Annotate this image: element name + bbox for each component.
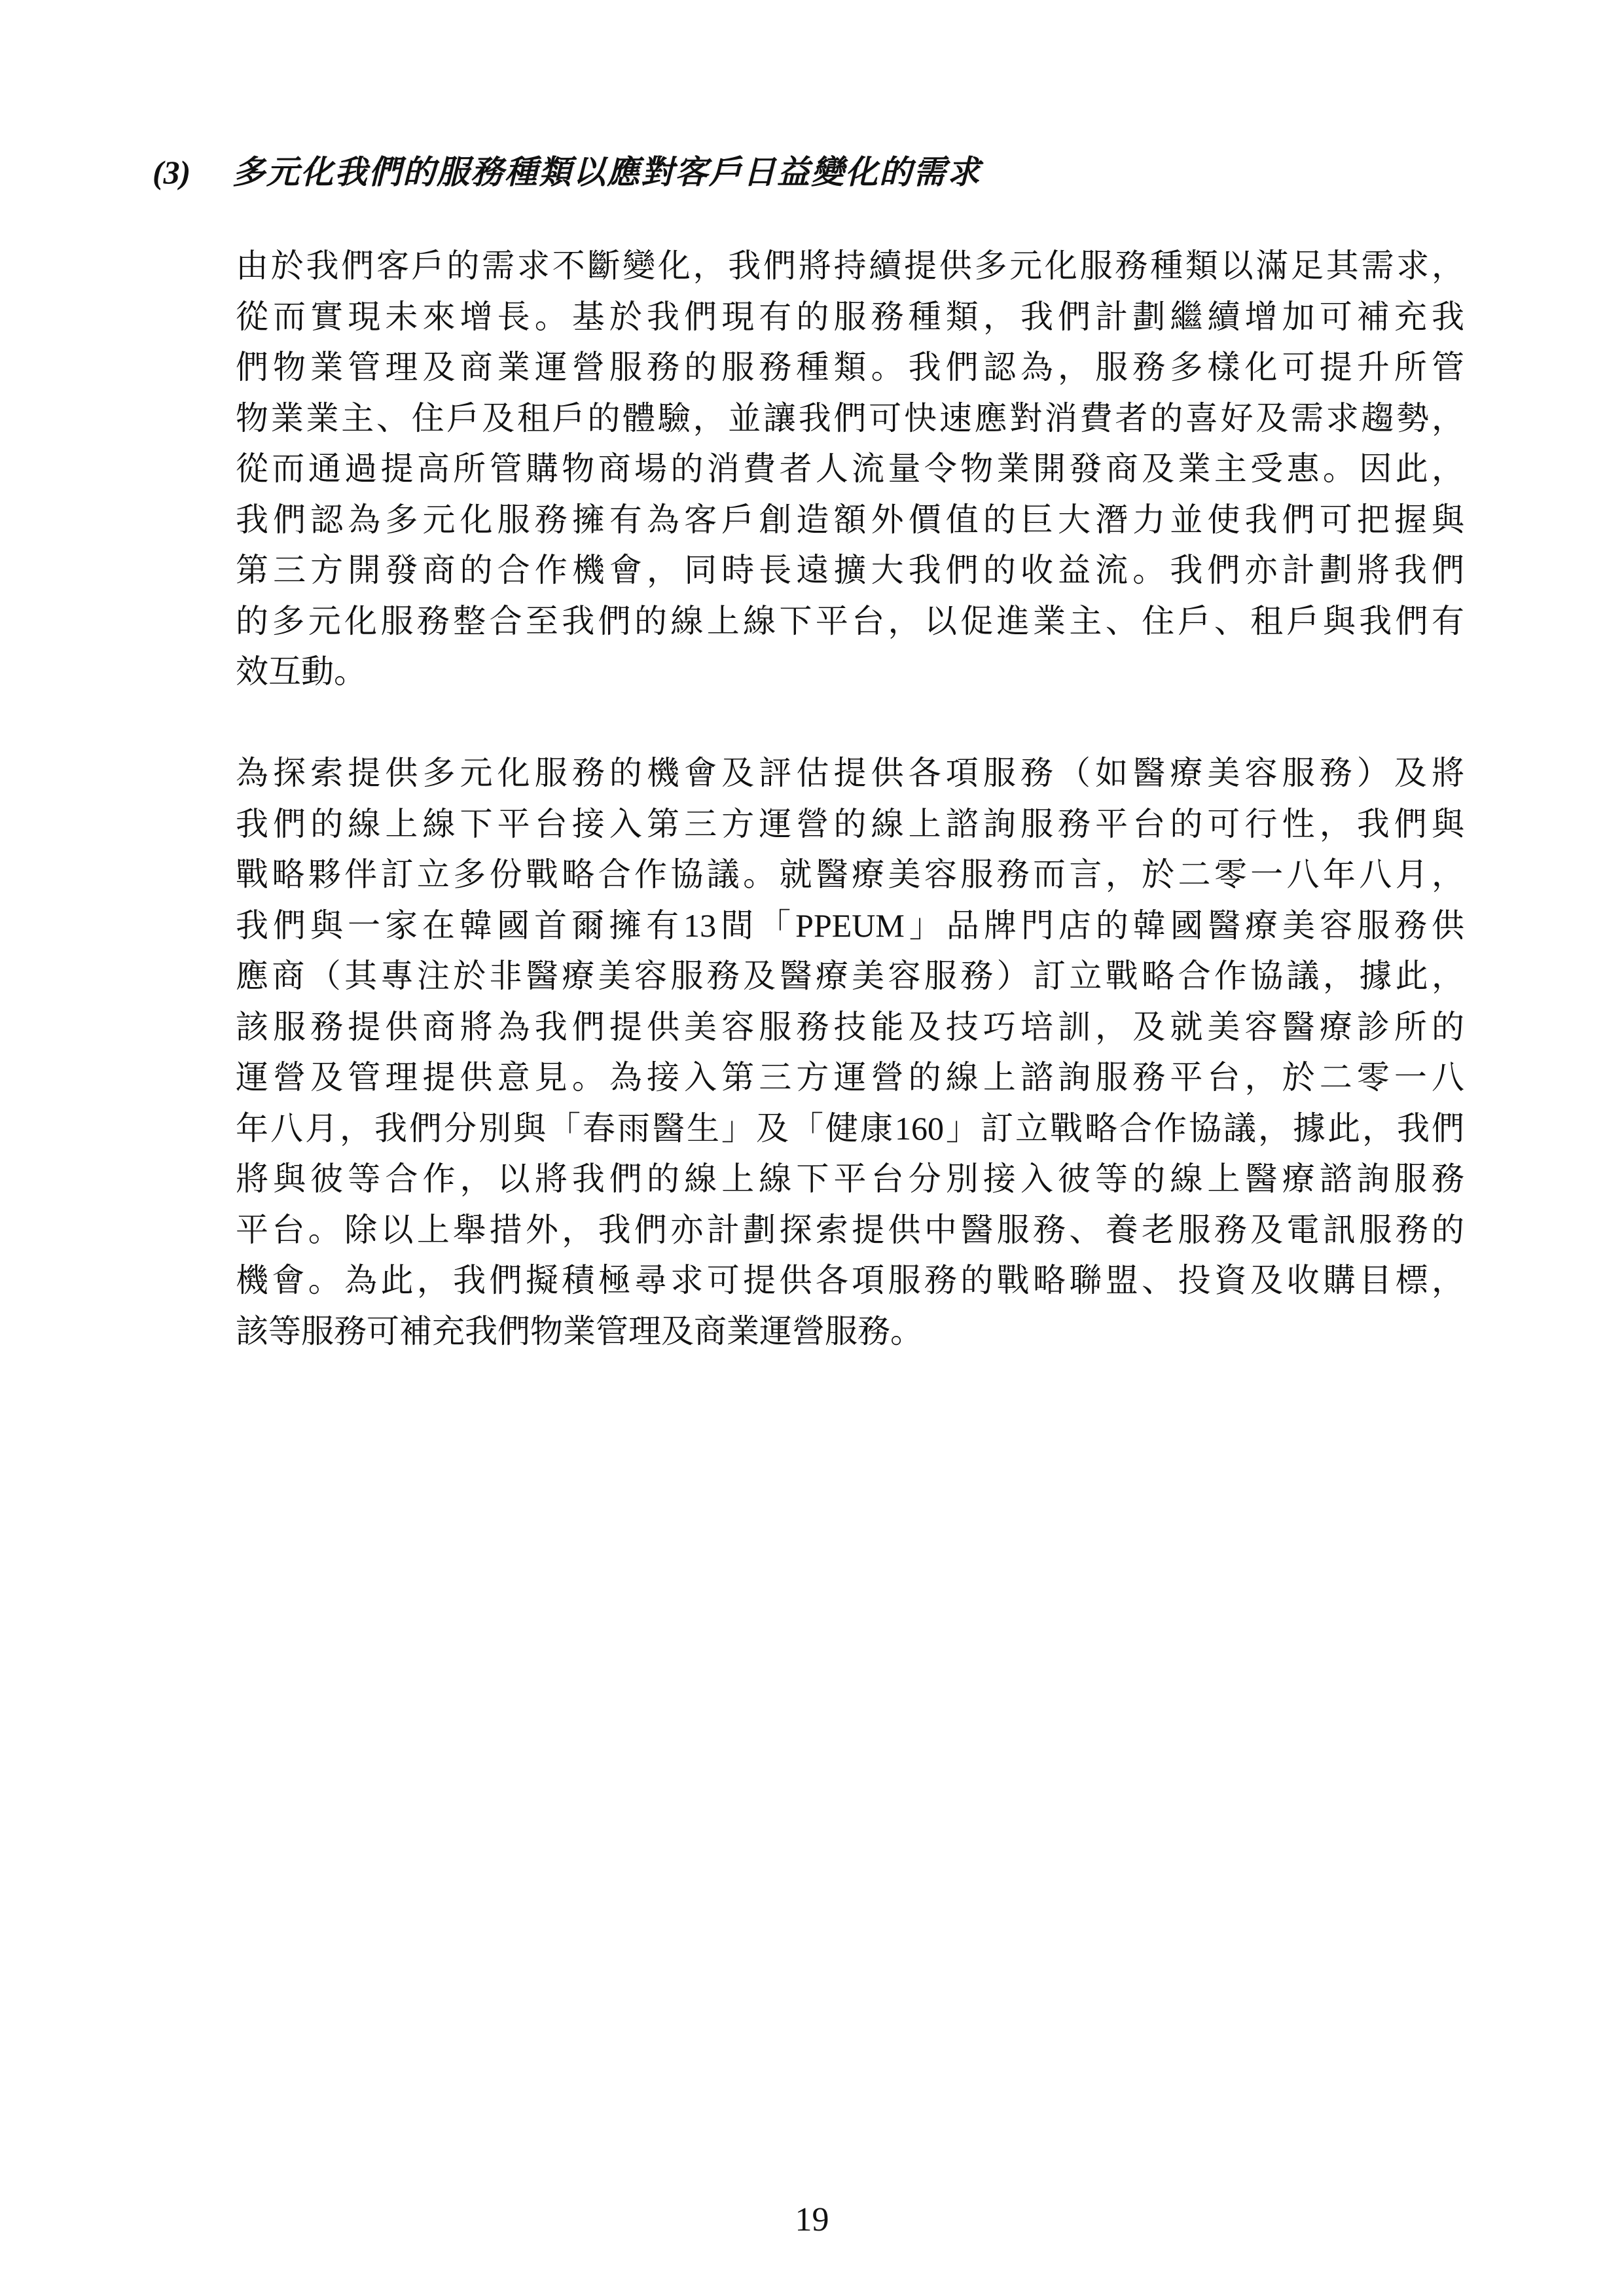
paragraph-line: 應商（其專注於非醫療美容服務及醫療美容服務）訂立戰略合作協議，據此， [236,951,1464,1002]
paragraph-line: 我們的線上線下平台接入第三方運營的線上諮詢服務平台的可行性，我們與 [236,799,1464,850]
paragraph-line: 物業業主、住戶及租戶的體驗，並讓我們可快速應對消費者的喜好及需求趨勢， [236,393,1464,444]
paragraph-line: 我們認為多元化服務擁有為客戶創造額外價值的巨大潛力並使我們可把握與 [236,495,1464,546]
paragraph-2: 為探索提供多元化服務的機會及評估提供各項服務（如醫療美容服務）及將我們的線上線下… [236,748,1464,1357]
paragraph-line: 戰略夥伴訂立多份戰略合作協議。就醫療美容服務而言，於二零一八年八月， [236,850,1464,901]
paragraph-line: 運營及管理提供意見。為接入第三方運營的線上諮詢服務平台，於二零一八 [236,1052,1464,1103]
paragraph-line: 為探索提供多元化服務的機會及評估提供各項服務（如醫療美容服務）及將 [236,748,1464,799]
paragraph-line: 效互動。 [236,647,1464,698]
paragraph-line: 該服務提供商將為我們提供美容服務技能及技巧培訓，及就美容醫療診所的 [236,1002,1464,1053]
paragraph-line: 年八月，我們分別與「春雨醫生」及「健康160」訂立戰略合作協議，據此，我們 [236,1103,1464,1155]
paragraph-line: 將與彼等合作，以將我們的線上線下平台分別接入彼等的線上醫療諮詢服務 [236,1154,1464,1205]
section-heading: (3) 多元化我們的服務種類以應對客戶日益變化的需求 [153,149,1464,195]
paragraph-line: 我們與一家在韓國首爾擁有13間「PPEUM」品牌門店的韓國醫療美容服務供 [236,901,1464,952]
paragraph-line: 該等服務可補充我們物業管理及商業運營服務。 [236,1306,1464,1357]
paragraph-line: 從而通過提高所管購物商場的消費者人流量令物業開發商及業主受惠。因此， [236,444,1464,495]
paragraph-line: 平台。除以上舉措外，我們亦計劃探索提供中醫服務、養老服務及電訊服務的 [236,1205,1464,1256]
paragraph-line: 的多元化服務整合至我們的線上線下平台，以促進業主、住戶、租戶與我們有 [236,596,1464,647]
page-number: 19 [0,2200,1624,2240]
paragraph-line: 由於我們客戶的需求不斷變化，我們將持續提供多元化服務種類以滿足其需求， [236,241,1464,292]
paragraph-line: 們物業管理及商業運營服務的服務種類。我們認為，服務多樣化可提升所管 [236,342,1464,393]
paragraph-line: 機會。為此，我們擬積極尋求可提供各項服務的戰略聯盟、投資及收購目標， [236,1255,1464,1306]
section-number: (3) [153,149,232,195]
section-title: 多元化我們的服務種類以應對客戶日益變化的需求 [232,149,981,195]
document-page: (3) 多元化我們的服務種類以應對客戶日益變化的需求 由於我們客戶的需求不斷變化… [0,0,1624,2296]
paragraph-1: 由於我們客戶的需求不斷變化，我們將持續提供多元化服務種類以滿足其需求，從而實現未… [236,241,1464,698]
body-text: 由於我們客戶的需求不斷變化，我們將持續提供多元化服務種類以滿足其需求，從而實現未… [236,241,1464,1357]
paragraph-line: 第三方開發商的合作機會，同時長遠擴大我們的收益流。我們亦計劃將我們 [236,545,1464,596]
paragraph-line: 從而實現未來增長。基於我們現有的服務種類，我們計劃繼續增加可補充我 [236,292,1464,343]
